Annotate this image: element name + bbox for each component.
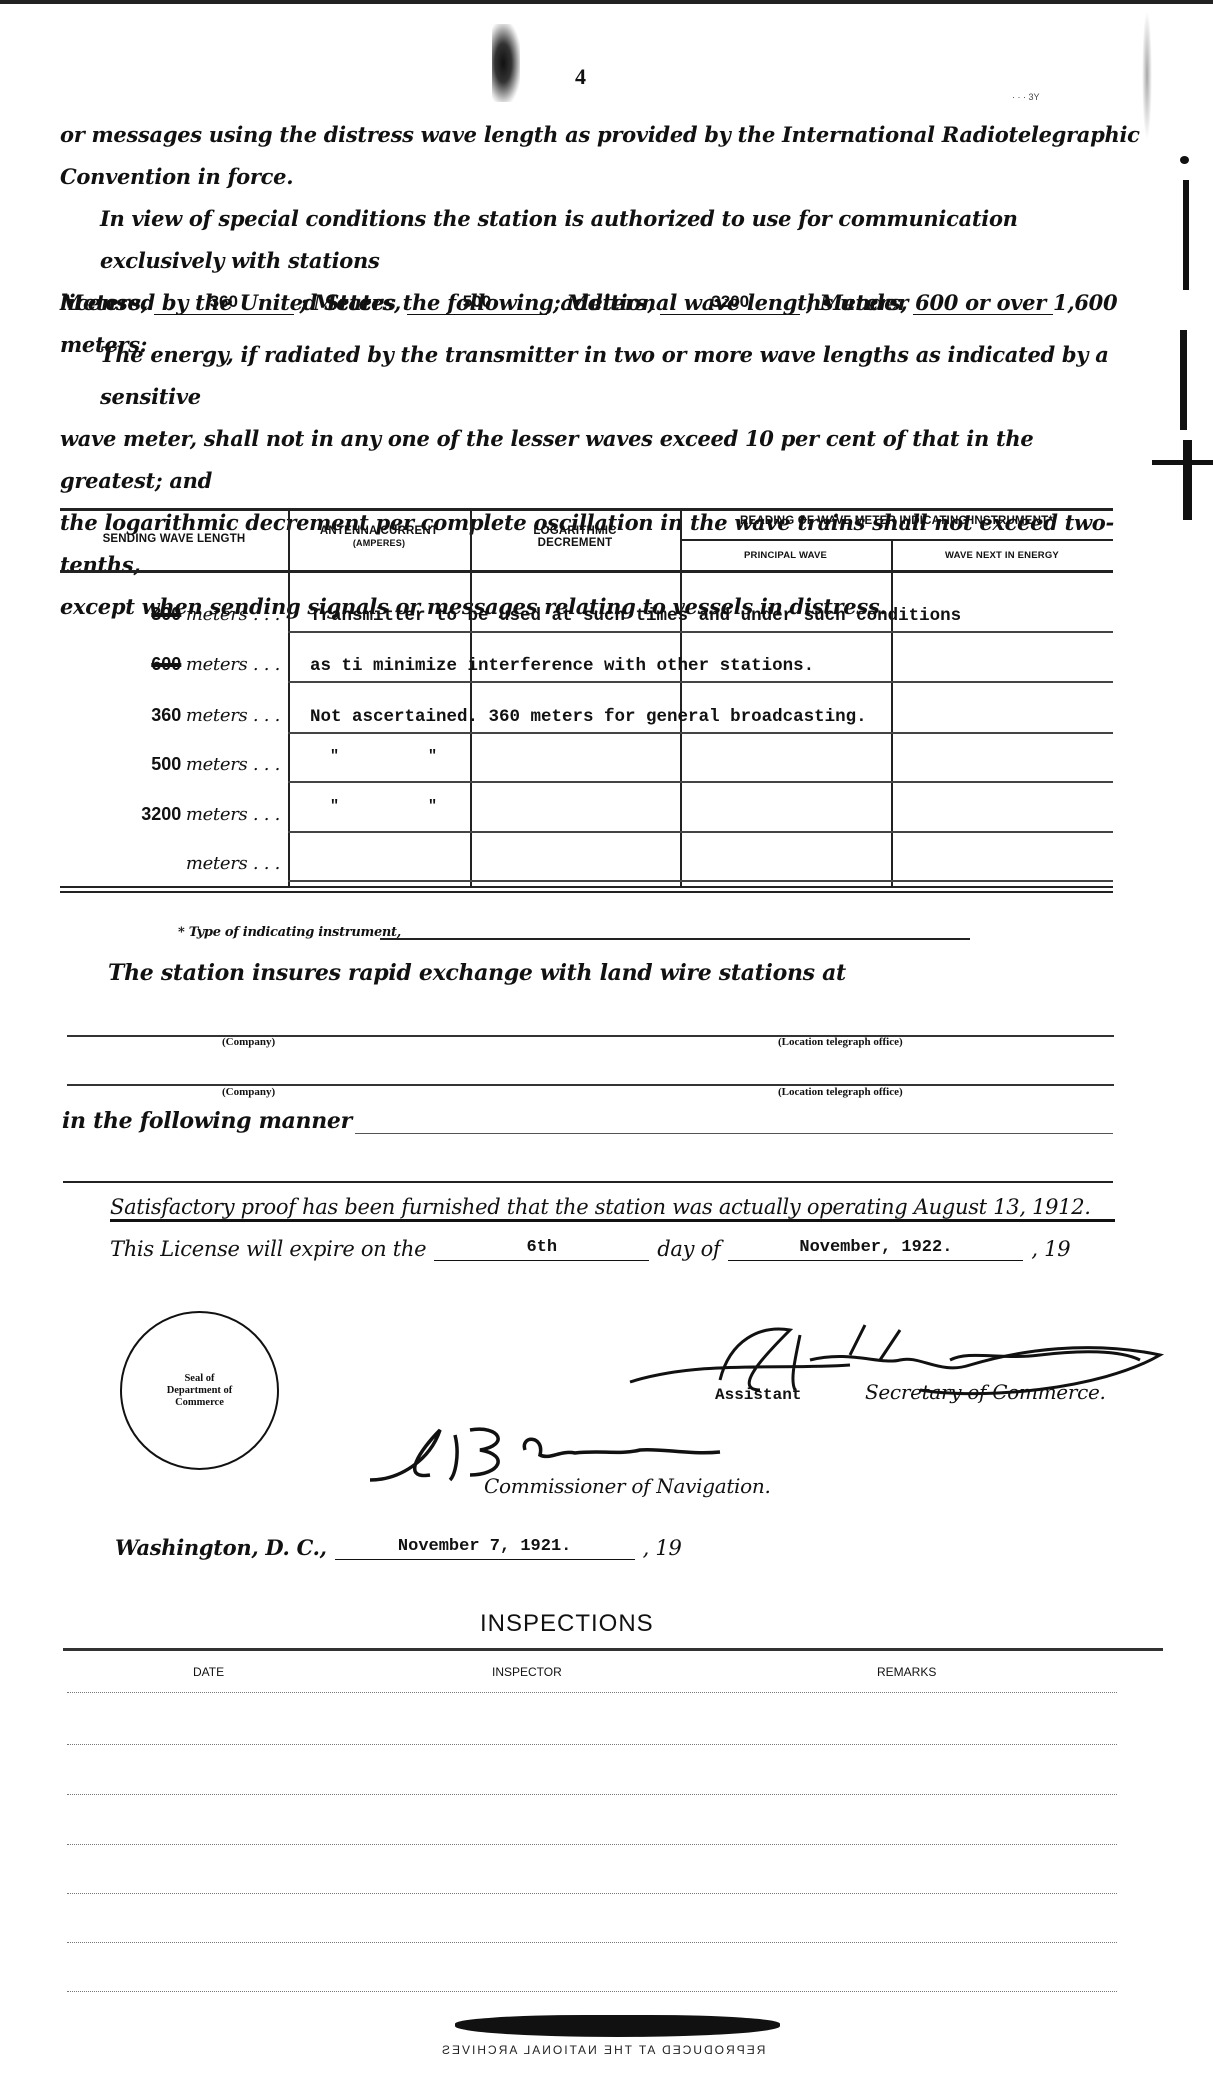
meters-label: Meters,: [820, 290, 908, 315]
stamp-text: · · · 3Y: [1012, 92, 1040, 102]
satisfactory-proof-struck: Satisfactory proof has been furnished th…: [110, 1195, 1091, 1219]
strikethrough-line: [110, 1219, 1115, 1222]
issue-date-line: Washington, D. C., November 7, 1921. , 1…: [115, 1535, 682, 1560]
typed-note-line-2: as ti minimize interference with other s…: [310, 656, 814, 676]
table-row-label: 360 meters . . .: [151, 705, 280, 726]
meters-label: Meters,: [566, 290, 654, 315]
column-remarks: REMARKS: [877, 1665, 936, 1679]
inspection-row[interactable]: [67, 1844, 1117, 1845]
company-caption: (Company): [222, 1086, 275, 1098]
ditto-mark: ": [428, 798, 437, 815]
inspection-row[interactable]: [67, 1744, 1117, 1745]
header-wave-meter-reading: READING OF WAVE METER INDICATING INSTRUM…: [680, 515, 1113, 527]
energy-line-2: wave meter, shall not in any one of the …: [60, 418, 1120, 502]
inspection-row[interactable]: [67, 1942, 1117, 1943]
expire-label: This License will expire on the: [110, 1237, 426, 1261]
table-row-label: 500 meters . . .: [151, 754, 280, 775]
inspections-title: INSPECTIONS: [480, 1610, 654, 1638]
commissioner-title: Commissioner of Navigation.: [484, 1474, 771, 1498]
special-text-1: In view of special conditions the statio…: [60, 198, 1120, 282]
wavelength-field-2[interactable]: 500: [407, 292, 547, 315]
issue-date-field[interactable]: November 7, 1921.: [335, 1537, 635, 1560]
intro-line-1: or messages using the distress wave leng…: [60, 114, 1140, 156]
section-divider: [63, 1181, 1113, 1183]
margin-mark: [1142, 10, 1152, 140]
company-caption: (Company): [222, 1036, 275, 1048]
header-log-decrement: LOGARITHMIC DECREMENT: [470, 525, 680, 549]
wavelength-field-3[interactable]: 3200: [660, 292, 800, 315]
assistant-label: Assistant: [715, 1386, 801, 1404]
exchange-text: The station insures rapid exchange with …: [108, 960, 846, 986]
year-prefix: , 19: [1031, 1237, 1070, 1261]
table-row-label: 600 meters . . .: [151, 654, 280, 675]
typed-note-line-1: Transmitter to be used at such times and…: [310, 606, 961, 626]
location-caption: (Location telegraph office): [778, 1086, 903, 1098]
page-top-edge: [0, 0, 1213, 4]
additional-wavelengths: Meters, 360 ; Meters, 500 ; Meters, 3200…: [60, 290, 1053, 315]
column-inspector: INSPECTOR: [492, 1665, 562, 1679]
expire-month-year-field[interactable]: November, 1922.: [728, 1238, 1023, 1261]
ditto-mark: ": [330, 748, 339, 765]
wavelength-field-4[interactable]: [913, 292, 1053, 315]
inspection-row[interactable]: [67, 1692, 1117, 1693]
scan-smear: [455, 2015, 780, 2037]
typed-note-line-3: Not ascertained. 360 meters for general …: [310, 707, 867, 727]
intro-line-2: Convention in force.: [60, 156, 293, 198]
seal-text: Seal of Department of Commerce: [167, 1373, 233, 1409]
meters-label: Meters,: [60, 290, 148, 315]
secretary-title: Secretary of Commerce.: [865, 1380, 1106, 1404]
year-prefix: , 19: [643, 1536, 682, 1560]
row-labels: 300 meters . . . 600 meters . . . 360 me…: [60, 508, 280, 888]
indicating-instrument-field[interactable]: [380, 938, 970, 940]
table-row-label: 300 meters . . .: [151, 604, 280, 625]
manner-field[interactable]: [355, 1133, 1113, 1134]
indicating-instrument-label: * Type of indicating instrument,: [178, 925, 401, 940]
location-caption: (Location telegraph office): [778, 1036, 903, 1048]
mirrored-archive-text: REPRODUCED AT THE NATIONAL ARCHIVES: [440, 2043, 765, 2057]
table-row-label: meters . . .: [186, 853, 280, 874]
inspection-row[interactable]: [67, 1794, 1117, 1795]
energy-line-1: The energy, if radiated by the transmitt…: [60, 334, 1120, 418]
day-of-label: day of: [657, 1237, 720, 1261]
scan-smudge: [492, 24, 520, 102]
wavelength-field-1[interactable]: 360: [154, 292, 294, 315]
page-number: 4: [575, 64, 586, 90]
table-row-label: 3200 meters . . .: [141, 804, 280, 825]
inspection-row[interactable]: [67, 1893, 1117, 1894]
manner-label: in the following manner: [62, 1108, 352, 1134]
ditto-mark: ": [330, 798, 339, 815]
meters-label: Meters,: [313, 290, 401, 315]
inspections-header-rule: [63, 1648, 1163, 1651]
header-wave-next-energy: WAVE NEXT IN ENERGY: [891, 550, 1113, 561]
license-expiration: This License will expire on the 6th day …: [110, 1237, 1070, 1261]
column-date: DATE: [193, 1665, 224, 1679]
expire-day-field[interactable]: 6th: [434, 1238, 649, 1261]
ditto-mark: ": [428, 748, 437, 765]
header-principal-wave: PRINCIPAL WAVE: [680, 550, 891, 561]
department-seal: Seal of Department of Commerce: [120, 1311, 279, 1470]
place-label: Washington, D. C.,: [115, 1535, 327, 1560]
inspection-row[interactable]: [67, 1991, 1117, 1992]
header-antenna-current: ANTENNA CURRENT (AMPERES): [288, 525, 470, 549]
